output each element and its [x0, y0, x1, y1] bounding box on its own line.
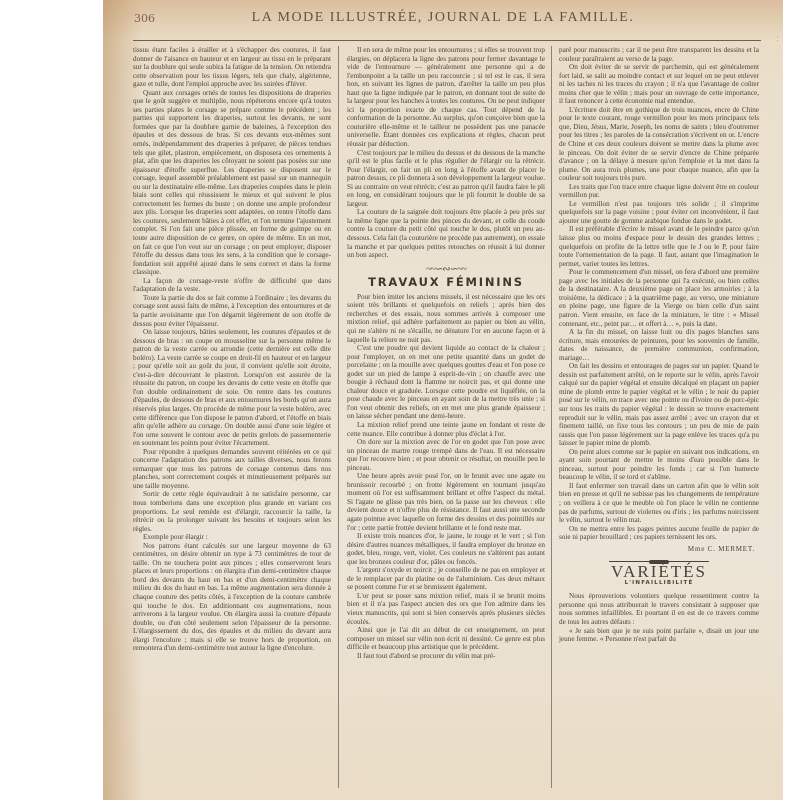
missel-article-continued: paré pour manuscrits ; car il ne peut êt…: [559, 46, 759, 542]
paragraph: Sortir de cette règle équivaudrait à ne …: [133, 490, 331, 533]
column-3: paré pour manuscrits ; car il ne peut êt…: [559, 46, 759, 644]
paragraph: La couture de la saignée doit toujours ê…: [347, 208, 545, 259]
dressmaking-article-continued: Il en sera de même pour les entournures …: [347, 46, 545, 260]
margin-marks: · ·: [773, 36, 780, 42]
column-divider-1: [338, 46, 339, 788]
paragraph: Ainsi que je l'ai dit au début de cet en…: [347, 626, 545, 652]
page-header: 306 LA MODE ILLUSTRÉE, JOURNAL DE LA FAM…: [103, 4, 783, 32]
paragraph: Nos patrons étant calculés sur une large…: [133, 542, 331, 653]
page-number: 306: [134, 12, 155, 25]
paragraph: Les traits que l'on trace entre chaque l…: [559, 183, 759, 200]
paragraph: On doit éviter de se servir de parchemin…: [559, 63, 759, 106]
paragraph: On dore sur la mixtion avec de l'or en g…: [347, 438, 545, 472]
column-2: Il en sera de même pour les entournures …: [347, 46, 545, 660]
paragraph: Nous éprouverions volontiers quelque res…: [559, 592, 759, 626]
paragraph: Une heure après avoir posé l'or, on le b…: [347, 472, 545, 532]
journal-title: LA MODE ILLUSTRÉE, JOURNAL DE LA FAMILLE…: [103, 10, 783, 26]
paragraph: Il faut tout d'abord se procurer du véli…: [347, 652, 545, 661]
paragraph: L'or peut se poser sans mixtion relief, …: [347, 592, 545, 626]
paragraph: On fait les dessins et entourages de pag…: [559, 362, 759, 447]
section-ornament: ~~∽∾∽~~: [347, 266, 545, 275]
paragraph: L'écriture doit être en gothique de troi…: [559, 106, 759, 183]
paragraph: « Je sais bien que je ne suis point parf…: [559, 627, 759, 644]
paragraph: paré pour manuscrits ; car il ne peut êt…: [559, 46, 759, 63]
paragraph: Toute la partie du dos se fait comme à l…: [133, 294, 331, 328]
paragraph: tissus étant faciles à érailler et à s'é…: [133, 46, 331, 89]
article-subtitle: L'INFAILLIBILITÉ: [559, 579, 759, 588]
paragraph: Pour le commencement d'un missel, on fer…: [559, 268, 759, 328]
column-1: tissus étant faciles à érailler et à s'é…: [133, 46, 331, 653]
travaux-feminins-article: Pour bien imiter les anciens missels, il…: [347, 293, 545, 661]
paragraph: Pour bien imiter les anciens missels, il…: [347, 293, 545, 344]
paragraph: On laisse toujours, bâties seulement, le…: [133, 328, 331, 448]
paragraph: Il existe trois nuances d'or, le jaune, …: [347, 532, 545, 566]
paragraph: Il faut enfermer son travail dans un car…: [559, 482, 759, 525]
section-title-travaux-feminins: TRAVAUX FÉMININS: [347, 278, 545, 287]
paragraph: Exemple pour élargir :: [133, 533, 331, 542]
section-title-varietes: VARIÉTÉS: [559, 568, 759, 577]
header-rule: [133, 40, 761, 41]
paragraph: Il en sera de même pour les entournures …: [347, 46, 545, 149]
author-signature: Mme C. MERMET.: [559, 545, 755, 554]
paragraph: La façon de corsage-veste n'offre de dif…: [133, 277, 331, 294]
paragraph: Pour répondre à quelques demandes souven…: [133, 448, 331, 491]
paragraph: C'est toujours par le milieu du dessus e…: [347, 149, 545, 209]
varietes-article: Nous éprouverions volontiers quelque res…: [559, 592, 759, 643]
newspaper-page: 306 LA MODE ILLUSTRÉE, JOURNAL DE LA FAM…: [103, 0, 783, 800]
paragraph: La mixtion relief prend une teinte jaune…: [347, 421, 545, 438]
paragraph: Quant aux corsages ornés de toutes les d…: [133, 89, 331, 277]
paragraph: Il est préférable d'écrire le missel ava…: [559, 225, 759, 268]
paragraph: Le vermillon n'est pas toujours très sol…: [559, 200, 759, 226]
paragraph: C'est une poudre qui devient liquide au …: [347, 344, 545, 421]
column-divider-2: [551, 46, 552, 788]
paragraph: On ne mettra entre les pages peintes auc…: [559, 525, 759, 542]
section-divider-ornament: [609, 561, 709, 562]
paragraph: L'argent s'oxyde et noircit ; je conseil…: [347, 566, 545, 592]
paragraph: On peint alors comme sur le papier en su…: [559, 448, 759, 482]
paragraph: A la fin du missel, on laisse huit ou di…: [559, 328, 759, 362]
